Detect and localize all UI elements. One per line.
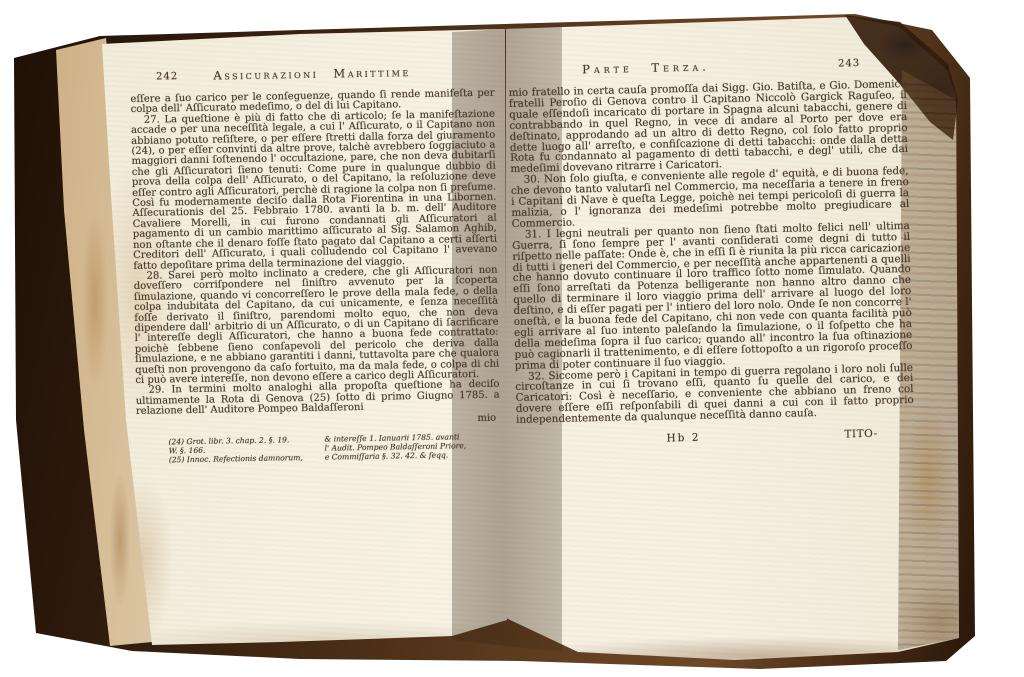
paragraph: 27. La queſtione è più di fatto che di a… (131, 109, 498, 271)
paragraph: 29. In termini molto analoghi alla propo… (136, 380, 500, 418)
paragraph: mio fratello in certa cauſa promoſſa dai… (509, 79, 909, 175)
book-photo: 242 Assicurazioni Marittime eſſere a ſuo… (0, 0, 1024, 677)
signature-mark: Hb 2 (666, 432, 700, 445)
paragraph: 28. Sarei però molto inclinato a credere… (134, 266, 500, 387)
right-page-body: mio fratello in certa cauſa promoſſa dai… (509, 79, 915, 426)
paragraph: 32. Siccome però i Capitani in tempo di … (515, 362, 914, 426)
left-page-body: eſſere a ſuo carico per le conſeguenze, … (130, 89, 500, 418)
left-page-number: 242 (156, 71, 178, 82)
right-page-number: 243 (838, 58, 860, 69)
paragraph: 31. I legni neutrali per quanto non ſien… (512, 221, 913, 372)
paragraph: 30. Non ſolo giuſta, e conveniente alle … (511, 166, 910, 230)
right-catchword: TITO- (844, 428, 877, 441)
right-page-content: Parte Terza. 243 mio fratello in certa c… (508, 55, 915, 451)
left-page-content: 242 Assicurazioni Marittime eſſere a ſuo… (130, 64, 501, 466)
right-running-title: Parte Terza. (582, 59, 710, 76)
footnotes: (24) Grot. libr. 3. chap. 2. §. 19. & in… (168, 432, 470, 465)
